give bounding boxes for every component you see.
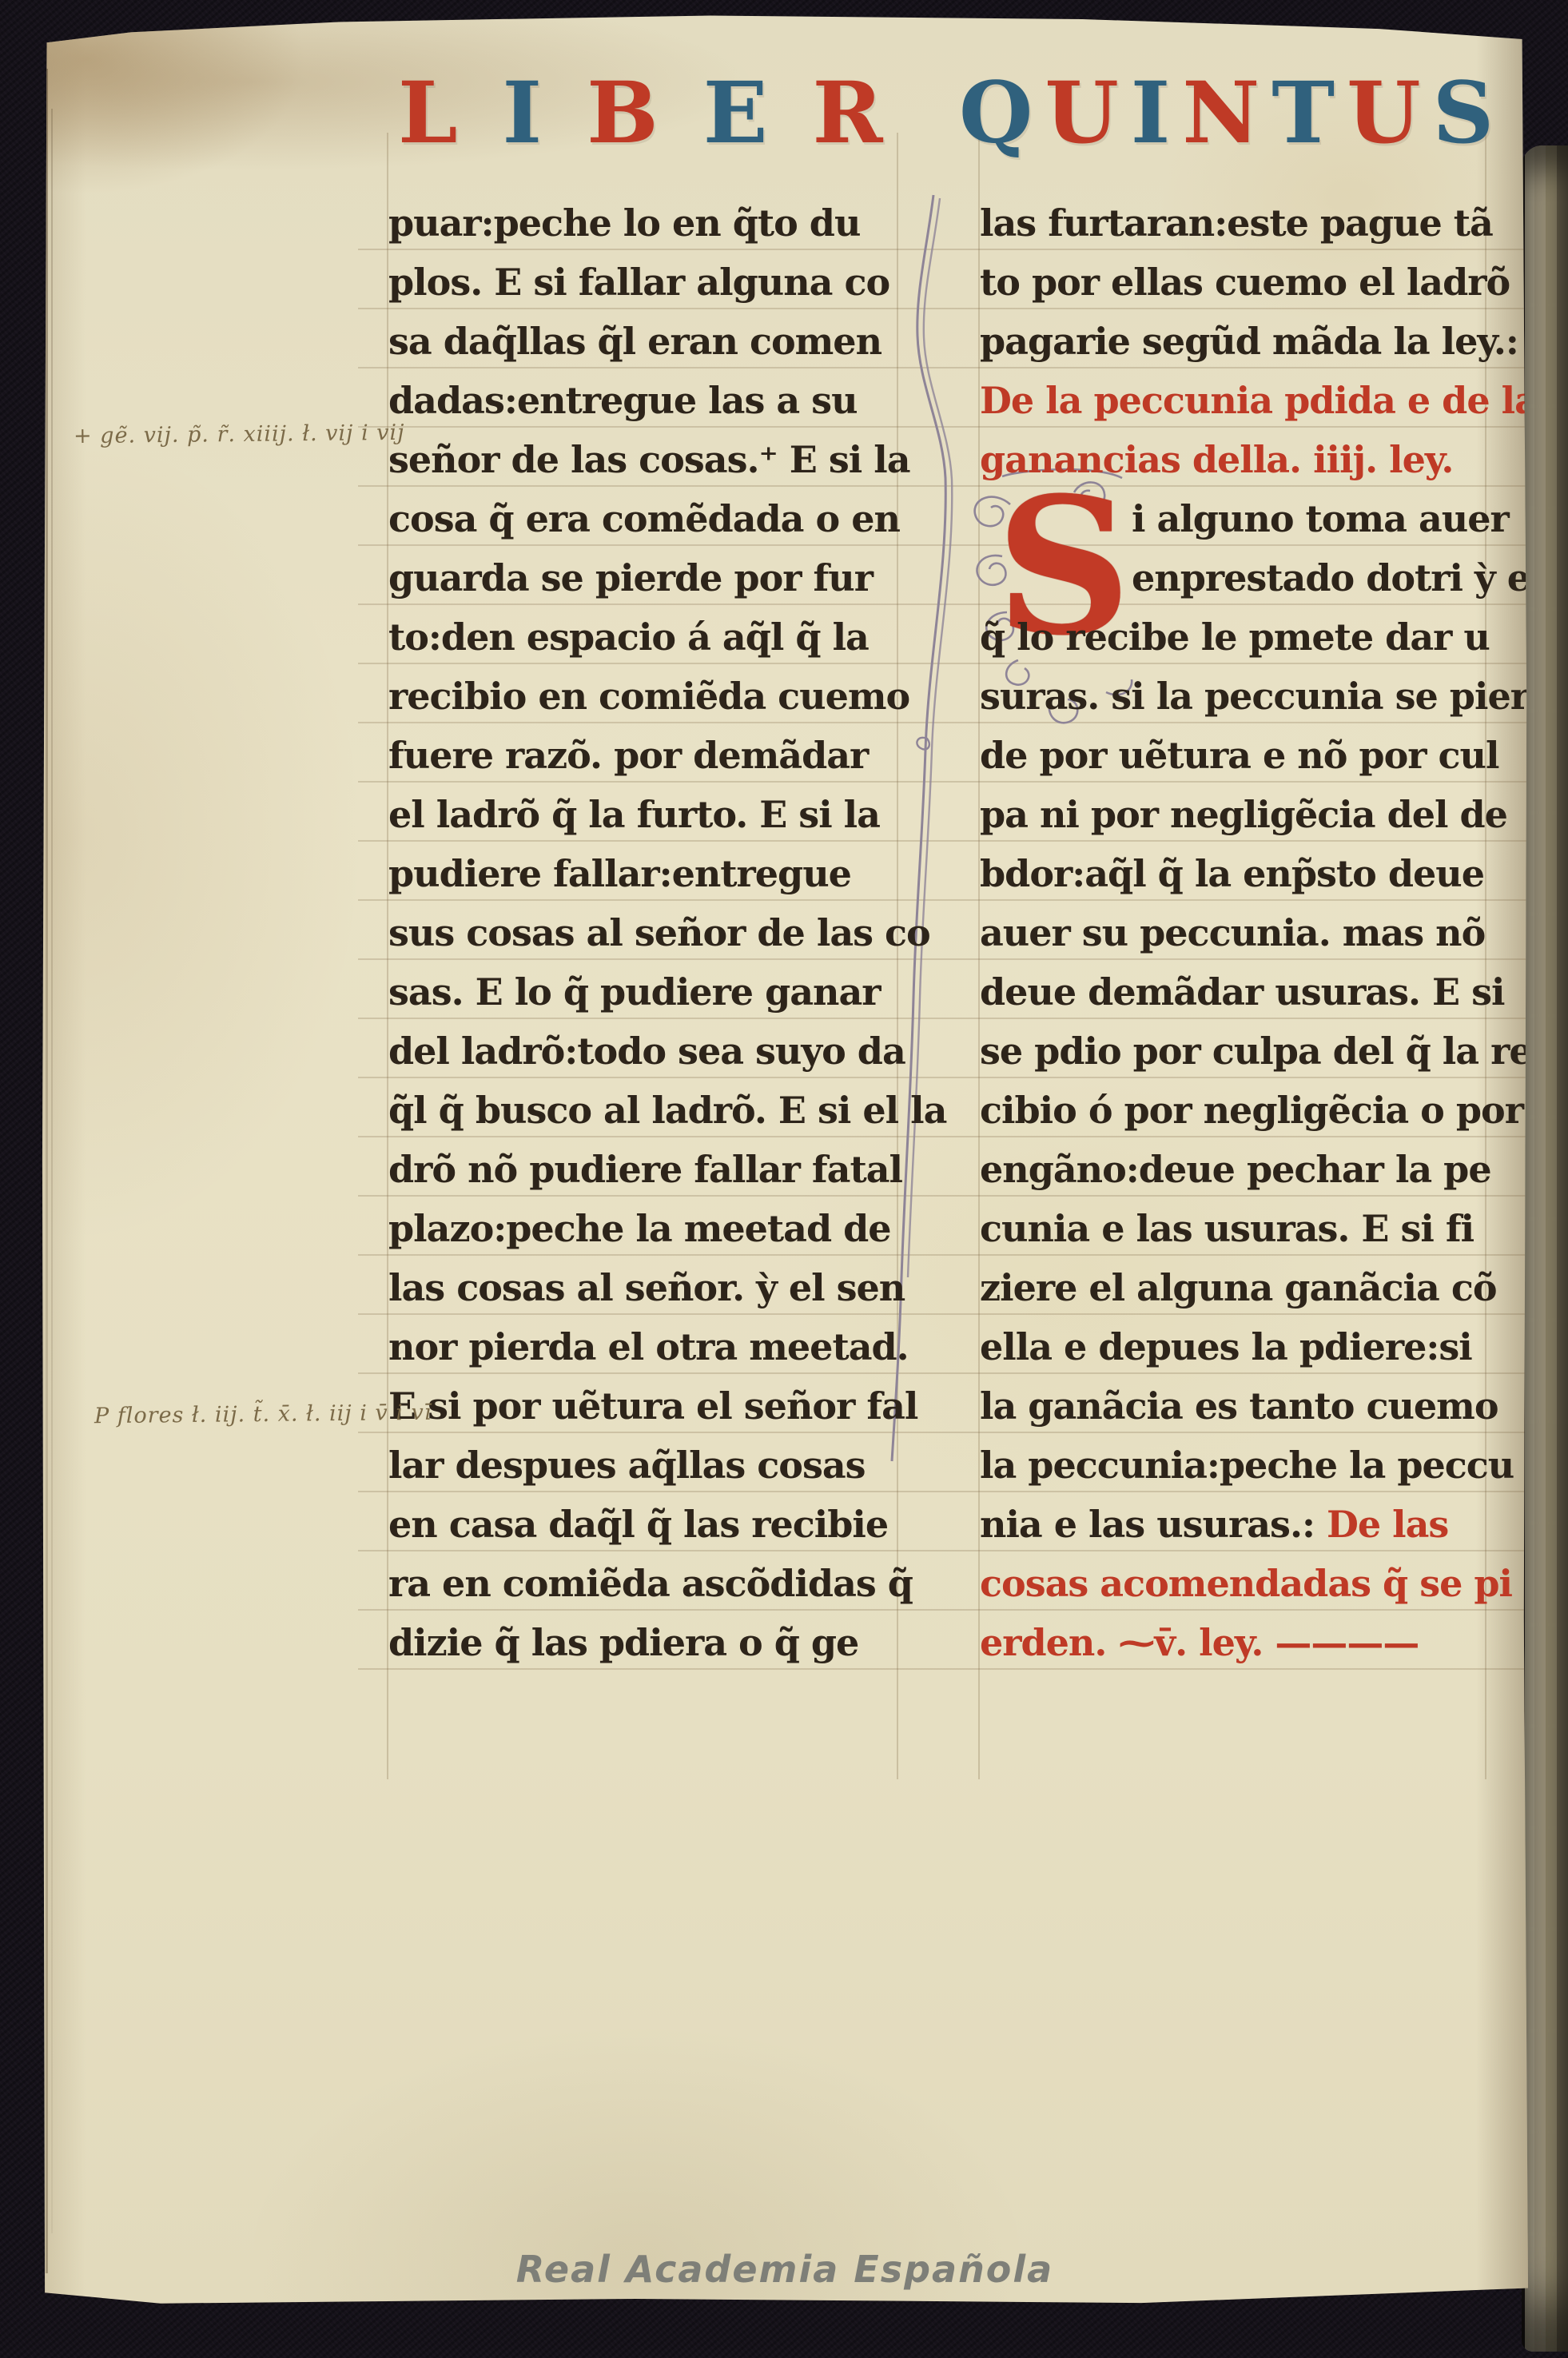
text-segment: cosas acomendadas q̃ se pi xyxy=(980,1562,1512,1605)
text-line: plos. E si fallar alguna co xyxy=(388,253,897,312)
text-segment: las furtaran:este pague tã xyxy=(980,201,1493,245)
text-segment: i alguno toma auer xyxy=(1132,497,1509,540)
text-segment: sas. E lo q̃ pudiere ganar xyxy=(388,970,881,1014)
heading-letter: I xyxy=(1131,62,1183,162)
photo-background: LIBER QUINTUS S xyxy=(0,0,1568,2358)
text-line: sus cosas al señor de las co xyxy=(388,903,897,962)
text-line: en casa daq̃l q̃ las recibie xyxy=(388,1495,897,1554)
text-segment: sus cosas al señor de las co xyxy=(388,911,930,954)
heading-letter: E xyxy=(703,62,813,162)
text-line: la ganãcia es tanto cuemo xyxy=(980,1376,1488,1436)
text-line: se pdio por culpa del q̃ la re xyxy=(980,1022,1488,1081)
heading-letter: Q xyxy=(959,62,1045,162)
heading-letter: N xyxy=(1182,62,1272,162)
text-segment: se pdio por culpa del q̃ la re xyxy=(980,1030,1532,1073)
text-line: las cosas al señor. ỳ el sen xyxy=(388,1258,897,1317)
text-segment: las cosas al señor. ỳ el sen xyxy=(388,1266,905,1309)
text-line: recibio en comiẽda cuemo xyxy=(388,667,897,726)
text-line: fuere razõ. por demãdar xyxy=(388,726,897,785)
heading-letter: R xyxy=(813,62,928,162)
text-line: cosa q̃ era comẽdada o en xyxy=(388,489,897,548)
manuscript-page: LIBER QUINTUS S xyxy=(42,13,1528,2305)
text-line: nor pierda el otra meetad. xyxy=(388,1317,897,1376)
heading-letter: T xyxy=(1272,62,1347,162)
text-line: cibio ó por negligẽcia o por xyxy=(980,1081,1488,1140)
text-line: erden. ⁓v̄. ley. ———— xyxy=(980,1613,1488,1672)
text-segment: plazo:peche la meetad de xyxy=(388,1207,891,1250)
heading-letter: S xyxy=(1433,62,1506,162)
text-line: suras. si la peccunia se pier xyxy=(980,667,1488,726)
text-line: enprestado dotri ỳ el xyxy=(980,548,1488,607)
text-line: lar despues aq̃llas cosas xyxy=(388,1436,897,1495)
text-line: bdor:aq̃l q̃ la enp̃sto deue xyxy=(980,844,1488,903)
text-line: pa ni por negligẽcia del de xyxy=(980,785,1488,844)
text-segment: recibio en comiẽda cuemo xyxy=(388,675,909,718)
heading-word-quintus: QUINTUS xyxy=(959,62,1506,162)
text-line: pudiere fallar:entregue xyxy=(388,844,897,903)
text-segment: en casa daq̃l q̃ las recibie xyxy=(388,1503,888,1546)
text-line: engãno:deue pechar la pe xyxy=(980,1140,1488,1199)
text-segment: ella e depues la pdiere:si xyxy=(980,1325,1472,1368)
text-segment: nor pierda el otra meetad. xyxy=(388,1325,909,1368)
text-segment: auer su peccunia. mas nõ xyxy=(980,911,1485,954)
text-segment: cibio ó por negligẽcia o por xyxy=(980,1089,1523,1132)
text-segment: nia e las usuras.: xyxy=(980,1503,1315,1546)
text-line: del ladrõ:todo sea suyo da xyxy=(388,1022,897,1081)
text-segment: lar despues aq̃llas cosas xyxy=(388,1444,866,1487)
text-segment: la ganãcia es tanto cuemo xyxy=(980,1384,1498,1428)
heading-letter: U xyxy=(1045,62,1130,162)
text-segment: cosa q̃ era comẽdada o en xyxy=(388,497,900,540)
text-segment: De las xyxy=(1315,1503,1448,1546)
text-column-right: las furtaran:este pague tãto por ellas c… xyxy=(980,193,1488,1672)
text-segment: enprestado dotri ỳ el xyxy=(1132,556,1543,599)
heading-letter: B xyxy=(587,62,703,162)
text-segment: pudiere fallar:entregue xyxy=(388,852,851,895)
text-line: sas. E lo q̃ pudiere ganar xyxy=(388,962,897,1022)
text-segment: E si por uẽtura el señor fal xyxy=(388,1384,917,1428)
text-line: la peccunia:peche la peccu xyxy=(980,1436,1488,1495)
text-column-left: puar:peche lo en q̃to duplos. E si falla… xyxy=(388,193,897,1672)
text-segment: to por ellas cuemo el ladrõ xyxy=(980,261,1510,304)
text-segment: cunia e las usuras. E si fi xyxy=(980,1207,1474,1250)
text-line: el ladrõ q̃ la furto. E si la xyxy=(388,785,897,844)
text-line: i alguno toma auer xyxy=(980,489,1488,548)
text-line: dizie q̃ las pdiera o q̃ ge xyxy=(388,1613,897,1672)
text-line: cunia e las usuras. E si fi xyxy=(980,1199,1488,1258)
text-line: drõ nõ pudiere fallar fatal xyxy=(388,1140,897,1199)
text-segment: puar:peche lo en q̃to du xyxy=(388,201,860,245)
text-line: puar:peche lo en q̃to du xyxy=(388,193,897,253)
text-segment: suras. si la peccunia se pier xyxy=(980,675,1529,718)
text-segment: el ladrõ q̃ la furto. E si la xyxy=(388,793,880,836)
text-segment: engãno:deue pechar la pe xyxy=(980,1148,1491,1191)
text-line: q̃ lo recibe le pmete dar u xyxy=(980,607,1488,667)
text-segment: drõ nõ pudiere fallar fatal xyxy=(388,1148,902,1191)
text-segment: bdor:aq̃l q̃ la enp̃sto deue xyxy=(980,852,1484,895)
text-line: to:den espacio á aq̃l q̃ la xyxy=(388,607,897,667)
text-segment: fuere razõ. por demãdar xyxy=(388,734,868,777)
heading-letter: L xyxy=(398,62,503,162)
text-line: De la peccunia pdida e de las xyxy=(980,371,1488,430)
text-segment: deue demãdar usuras. E si xyxy=(980,970,1505,1014)
heading-letter: I xyxy=(503,62,587,162)
text-line: ella e depues la pdiere:si xyxy=(980,1317,1488,1376)
text-line: señor de las cosas.⁺ E si la xyxy=(388,430,897,489)
text-line: to por ellas cuemo el ladrõ xyxy=(980,253,1488,312)
text-line: E si por uẽtura el señor fal xyxy=(388,1376,897,1436)
margin-note-1: + gẽ. vij. p̃. r̃. xiiij. ł. vij i vij xyxy=(74,420,405,448)
text-line: ra en comiẽda ascõdidas q̃ xyxy=(388,1554,897,1613)
text-segment: dizie q̃ las pdiera o q̃ ge xyxy=(388,1621,858,1664)
text-segment: q̃l q̃ busco al ladrõ. E si el la xyxy=(388,1089,946,1132)
text-segment: plos. E si fallar alguna co xyxy=(388,261,889,304)
text-segment: q̃ lo recibe le pmete dar u xyxy=(980,615,1490,659)
text-segment: de por uẽtura e nõ por cul xyxy=(980,734,1498,777)
text-segment: guarda se pierde por fur xyxy=(388,556,873,599)
text-line: nia e las usuras.: De las xyxy=(980,1495,1488,1554)
text-line: pagarie segũd mãda la ley.: xyxy=(980,312,1488,371)
text-line: ziere el alguna ganãcia cõ xyxy=(980,1258,1488,1317)
watermark-label: Real Academia Española xyxy=(265,2248,1304,2291)
text-segment: pa ni por negligẽcia del de xyxy=(980,793,1507,836)
text-segment: dadas:entregue las a su xyxy=(388,379,858,422)
text-segment: De la peccunia pdida e de las xyxy=(980,379,1558,422)
column-rule-line xyxy=(897,133,898,1779)
text-segment: la peccunia:peche la peccu xyxy=(980,1444,1514,1487)
text-segment: señor de las cosas.⁺ E si la xyxy=(388,438,910,481)
text-line: q̃l q̃ busco al ladrõ. E si el la xyxy=(388,1081,897,1140)
text-line: ganancias della. iiij. ley. xyxy=(980,430,1488,489)
margin-note-2: P flores ł. iij. t̃. x̄. ł. iij i v̄ i v… xyxy=(94,1400,432,1428)
text-segment: sa daq̃llas q̃l eran comen xyxy=(388,320,882,363)
text-segment: ra en comiẽda ascõdidas q̃ xyxy=(388,1562,913,1605)
text-line: auer su peccunia. mas nõ xyxy=(980,903,1488,962)
text-line: guarda se pierde por fur xyxy=(388,548,897,607)
text-line: las furtaran:este pague tã xyxy=(980,193,1488,253)
heading-word-liber: LIBER xyxy=(398,62,928,162)
text-segment: del ladrõ:todo sea suyo da xyxy=(388,1030,905,1073)
heading-letter: U xyxy=(1347,62,1432,162)
text-line: plazo:peche la meetad de xyxy=(388,1199,897,1258)
text-line: de por uẽtura e nõ por cul xyxy=(980,726,1488,785)
text-line: sa daq̃llas q̃l eran comen xyxy=(388,312,897,371)
text-segment: ganancias della. iiij. ley. xyxy=(980,438,1453,481)
text-line: deue demãdar usuras. E si xyxy=(980,962,1488,1022)
text-segment: pagarie segũd mãda la ley.: xyxy=(980,320,1518,363)
text-line: dadas:entregue las a su xyxy=(388,371,897,430)
text-line: cosas acomendadas q̃ se pi xyxy=(980,1554,1488,1613)
book-page-stack-edge xyxy=(1522,145,1568,2352)
text-segment: to:den espacio á aq̃l q̃ la xyxy=(388,615,869,659)
text-segment: erden. ⁓v̄. ley. ———— xyxy=(980,1621,1419,1664)
text-segment: ziere el alguna ganãcia cõ xyxy=(980,1266,1497,1309)
